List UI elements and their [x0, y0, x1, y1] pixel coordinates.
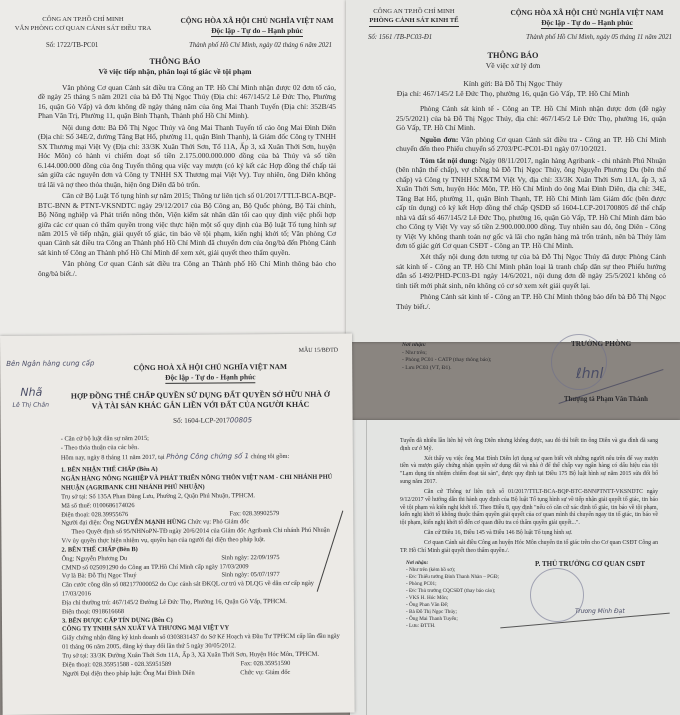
recipient-item: - Phòng PC01;	[406, 581, 499, 588]
party-a-authority: Theo Quyết định số 95/NHNoPN-TĐ ngày 20/…	[61, 527, 339, 547]
party-c-fax: Fax: 028.35951590	[241, 660, 291, 669]
recipient: Kính gửi: Bà Đỗ Thị Ngọc Thúy	[346, 79, 680, 89]
recipient-address: Địa chỉ: 467/145/2 Lê Đức Thọ, phường 16…	[346, 89, 680, 99]
notice-title: THÔNG BÁO	[346, 51, 680, 62]
paragraph: Xét thấy vụ việc ông Mai Đình Diên lợi d…	[400, 456, 658, 487]
notice-document-pc01: CÔNG AN TP.HỒ CHÍ MINH VĂN PHÒNG CƠ QUAN…	[0, 0, 350, 338]
party-b-person2-dob: Sinh ngày: 05/07/1977	[221, 571, 279, 580]
paragraph: Xét thấy nội dung đơn tương tự của bà Đỗ…	[396, 252, 666, 290]
party-b-person1-dob: Sinh ngày: 22/09/1975	[221, 554, 279, 563]
recipient-item: - Lưu: ĐTTH.	[406, 623, 499, 630]
notice-subject: Về việc xử lý đơn	[346, 61, 680, 71]
party-a-name: NGÂN HÀNG NÔNG NGHIỆP VÀ PHÁT TRIỂN NÔNG…	[61, 474, 339, 494]
paragraph: Văn phòng Cơ quan Cảnh sát điều tra Công…	[38, 259, 336, 278]
mortgage-contract-document: MẪU 15/BĐTD Bên Ngân hàng cung cấp Nhã L…	[0, 334, 355, 715]
notice-subject: Về việc tiếp nhận, phân loại tố giác về …	[0, 67, 350, 77]
paragraph: Phòng Cảnh sát kinh tế - Công an TP. Hồ …	[396, 292, 666, 311]
recipient-item: - Như trên;	[402, 350, 491, 358]
recipients-label: Nơi nhận:	[402, 342, 491, 350]
signature-scribble-icon: ℓhnl	[576, 366, 603, 382]
document-date: Thành phố Hồ Chí Minh, ngày 05 tháng 11 …	[526, 34, 672, 43]
party-c-rep-role: Chức vụ: Giám đốc	[240, 669, 290, 678]
nation-title: CỘNG HOÀ XÃ HỘI CHỦ NGHĨA VIỆT NAM	[110, 362, 310, 373]
agency-top: CÔNG AN TP.HỒ CHÍ MINH	[8, 16, 158, 25]
party-b-person1: Ông: Nguyễn Phương Du	[62, 555, 128, 564]
party-a-rep: NGUYỄN MẠNH HÙNG	[116, 519, 186, 526]
form-code: MẪU 15/BĐTD	[299, 348, 339, 356]
recipient-item: - Lưu PC03 (VT, Đ1).	[402, 365, 491, 373]
paragraph: Nội dung đơn: Bà Đỗ Thị Ngọc Thúy và ông…	[38, 123, 336, 189]
nation-title: CỘNG HÒA XÃ HỘI CHỦ NGHĨA VIỆT NAM	[172, 16, 342, 26]
notice-title: THÔNG BÁO	[0, 57, 350, 68]
motto: Độc lập - Tự do – Hạnh phúc	[211, 26, 303, 37]
recipient-item: - Ông Mai Thanh Tuyến;	[406, 616, 499, 623]
contract-title-2: VÀ TÀI SẢN KHÁC GẮN LIỀN VỚI ĐẤT CỦA NGƯ…	[50, 400, 350, 412]
paragraph: Văn phòng Cơ quan Cảnh sát điều tra Công…	[38, 83, 336, 121]
recipients-label: Nơi nhận:	[406, 560, 499, 567]
party-c-license: Giấy chứng nhận đăng ký kinh doanh số 03…	[62, 633, 340, 653]
recipient-item: - Đ/c Thiếu tướng Đinh Thanh Nhàn – PGĐ;	[406, 574, 499, 581]
notice-document-pc03: CÔNG AN TP.HỒ CHÍ MINH PHÒNG CẢNH SÁT KI…	[346, 0, 680, 342]
doc2-footer: Nơi nhận: - Như trên; - Phòng PC01 - CAT…	[346, 336, 680, 420]
paragraph: Căn cứ Điều 16, Điều 145 và Điều 146 Bộ …	[400, 530, 658, 538]
recipient-item: - Phòng PC01 - CATP (thay thông báo);	[402, 357, 491, 365]
paragraph: Căn cứ Thông tư liên tịch số 01/2017/TTL…	[400, 489, 658, 528]
handwritten-initials-icon: Nhã	[20, 386, 42, 400]
handwritten-name: Lê Thị Chân	[12, 402, 49, 410]
motto: Độc lập - Tự do – Hạnh phúc	[541, 18, 633, 29]
agency-sub: VĂN PHÒNG CƠ QUAN CẢNH SÁT ĐIỀU TRA	[8, 25, 158, 34]
party-a-rep-role: Chức vụ: Phó Giám đốc	[188, 519, 250, 526]
nation-title: CỘNG HÒA XÃ HỘI CHỦ NGHĨA VIỆT NAM	[502, 8, 672, 18]
handwritten-note: Bên Ngân hàng cung cấp	[6, 359, 94, 369]
party-c-rep: Người Đại diện theo pháp luật: Ông Mai Đ…	[62, 669, 194, 679]
contract-date-line: Hôm nay, ngày 8 tháng 11 năm 2017, tại P…	[61, 451, 339, 463]
paragraph: Căn cứ Bộ Luật Tố tụng hình sự năm 2015;…	[38, 191, 336, 257]
document-number: Số: 1722/TB-PC01	[8, 42, 98, 51]
recipient-item: - Đ/c Thủ trưởng CQCSĐT (thay báo cáo);	[406, 588, 499, 595]
signer-name: Trương Minh Đạt	[575, 608, 625, 616]
paragraph: Cơ quan Cảnh sát điều Công an huyện Hóc …	[400, 540, 658, 556]
agency-sub: PHÒNG CẢNH SÁT KINH TẾ	[369, 17, 458, 27]
motto: Độc lập - Tự do - Hạnh phúc	[165, 372, 255, 384]
paragraph-source: Nguồn đơn: Văn phòng Cơ quan Cảnh sát đi…	[396, 135, 666, 154]
referral-document: Tuyến đã nhiều lần liên hệ với ông Diên …	[350, 420, 680, 715]
contract-number: Số: 1604-LCP-201700805	[113, 416, 313, 426]
paragraph-summary: Tóm tắt nội dung: Ngày 08/11/2017, ngân …	[396, 156, 666, 251]
paragraph: Phòng Cảnh sát kinh tế - Công an TP. Hồ …	[396, 104, 666, 132]
party-a-rep-label: Người đại diện: Ông	[61, 520, 114, 527]
agency-top: CÔNG AN TP.HỒ CHÍ MINH	[354, 8, 474, 17]
recipient-item: - Như trên (kèm hồ sơ);	[406, 567, 499, 574]
document-number: Số: 1561 /TB-PC03-Đ1	[354, 34, 432, 43]
paragraph: Tuyến đã nhiều lần liên hệ với ông Diên …	[400, 438, 658, 454]
party-b-id2: Căn cước công dân số 082177000052 do Cục…	[62, 580, 340, 600]
signer-name: Thượng tá Phạm Văn Thành	[564, 396, 648, 403]
document-date: Thành phố Hồ Chí Minh, ngày 02 tháng 6 n…	[189, 42, 342, 51]
signer-title: TRƯỞNG PHÒNG	[571, 340, 631, 348]
